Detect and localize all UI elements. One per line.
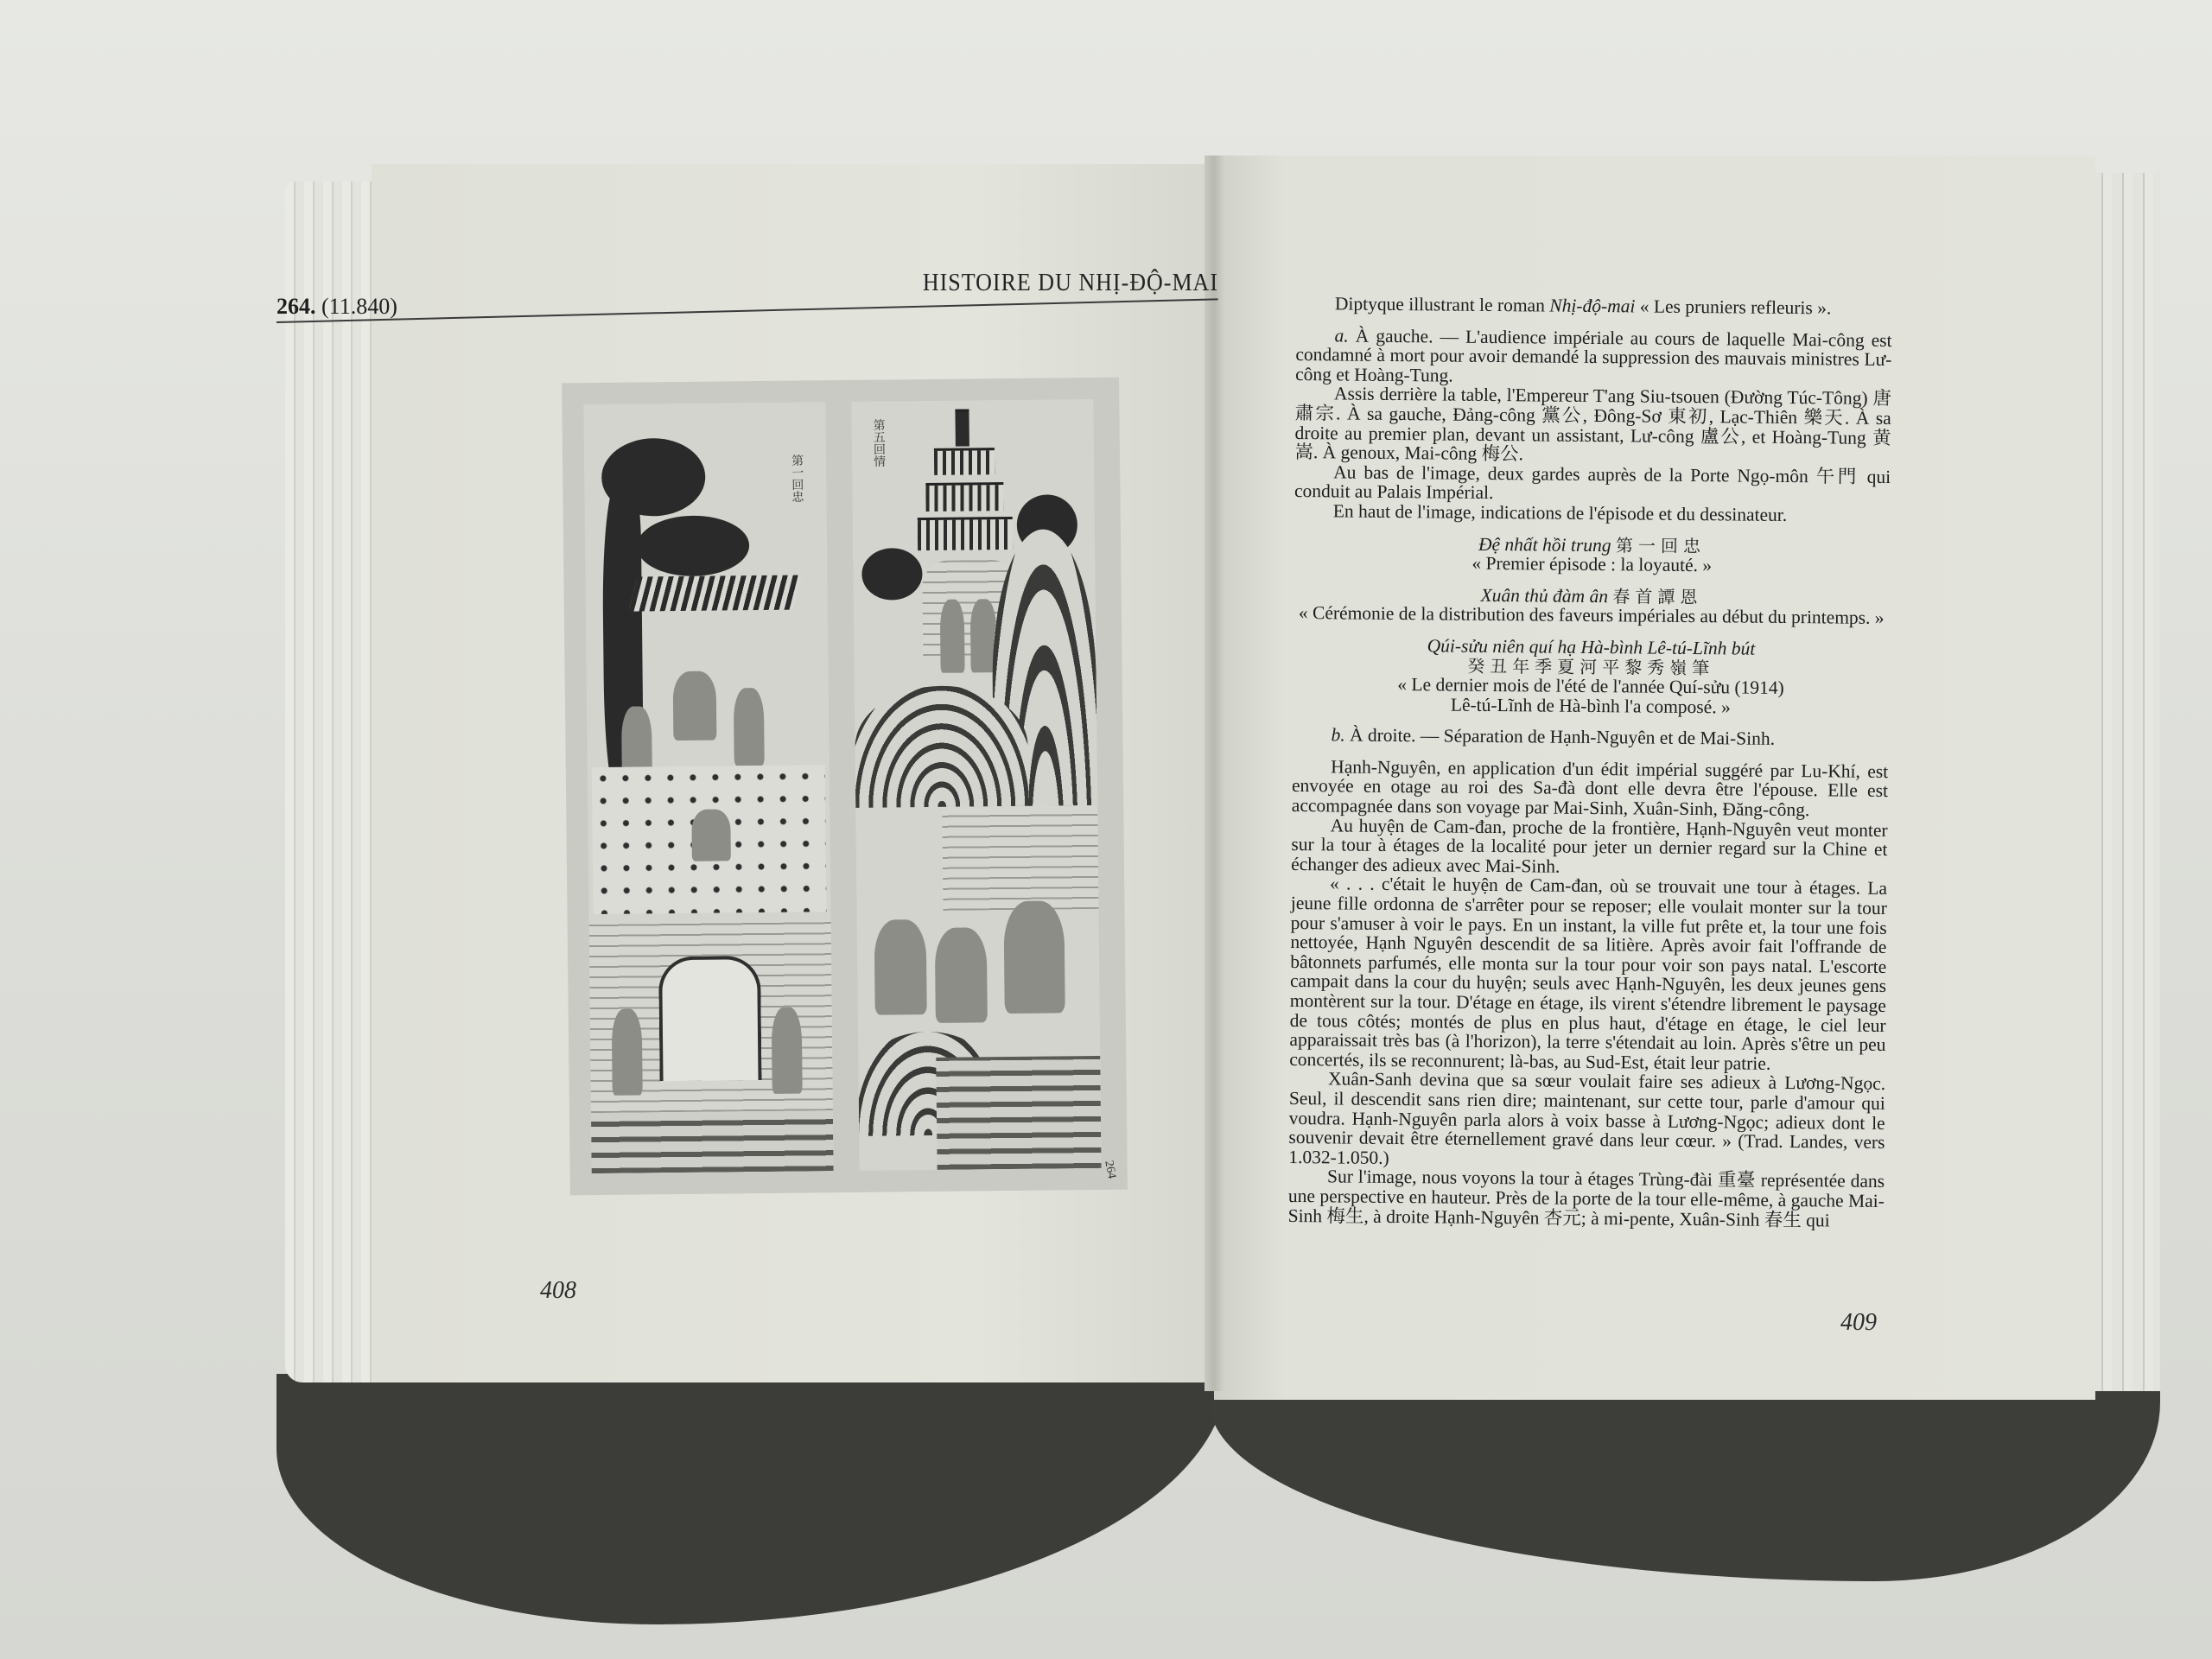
section-b-paragraph: Au huyện de Cam-đan, proche de la fronti…	[1291, 816, 1888, 880]
section-a-heading: a. À gauche. — L'audience impériale au c…	[1295, 326, 1892, 390]
emperor-figure	[673, 671, 717, 741]
pagoda-tier	[918, 517, 1013, 550]
pagoda-tier	[925, 482, 1003, 512]
catalog-number: (11.840)	[321, 294, 397, 319]
section-b-paragraph: Xuân-Sanh devina que sa sœur voulait fai…	[1288, 1069, 1885, 1172]
hills	[855, 685, 1028, 808]
palace-roof	[629, 575, 802, 612]
horseman-figure	[1003, 900, 1065, 1014]
ngo-mon-gate	[658, 956, 762, 1081]
page-number-right: 409	[1840, 1309, 1877, 1337]
plate-number: 264. (11.840)	[276, 294, 397, 320]
page-number-left: 408	[540, 1277, 576, 1305]
horseman-figure	[935, 927, 988, 1023]
horseman-figure	[874, 919, 927, 1015]
right-page-text: Diptyque illustrant le roman Nhị-độ-mai …	[1288, 294, 1892, 1230]
novel-title: Nhị-độ-mai	[1549, 296, 1635, 317]
section-b-label: b.	[1331, 725, 1344, 746]
section-b-paragraph: Sur l'image, nous voyons la tour à étage…	[1288, 1166, 1885, 1230]
section-a-label: a.	[1334, 325, 1348, 346]
illustration-panel-right: 第五回情	[851, 399, 1101, 1171]
section-b-heading-text: À droite. — Séparation de Hạnh-Nguyên et…	[1345, 725, 1776, 749]
tree	[861, 548, 923, 601]
running-title: HISTOIRE DU NHỊ-ĐỘ-MAI	[923, 269, 1218, 297]
intro-prefix: Diptyque illustrant le roman	[1335, 293, 1550, 315]
guard-figure	[612, 1008, 643, 1095]
section-b-paragraph: Hạnh-Nguyên, en application d'un édit im…	[1292, 757, 1889, 821]
section-a-paragraph: Assis derrière la table, l'Empereur T'an…	[1294, 384, 1891, 467]
section-a-heading-text: À gauche. — L'audience impériale au cour…	[1295, 325, 1892, 385]
official-figure	[734, 688, 765, 766]
diptych-illustration: 第一回忠 第五回情 264	[562, 378, 1128, 1196]
inscription-romanized: Đệ nhất hồi trung	[1478, 533, 1611, 555]
section-a-paragraph: Au bas de l'image, deux gardes auprès de…	[1294, 462, 1891, 506]
pine-foliage	[637, 515, 750, 576]
kneeling-figure	[691, 809, 731, 861]
inscription-chinese: 第一回忠	[1616, 535, 1706, 556]
intro-suffix: « Les pruniers refleuris ».	[1635, 296, 1831, 318]
inscription-chinese: 春首譚恩	[1612, 586, 1702, 607]
plate-mark: 264	[1101, 1160, 1118, 1180]
panel-caption: 第一回忠	[787, 454, 805, 502]
plate-number-bold: 264.	[276, 294, 316, 319]
stone-steps	[936, 1056, 1101, 1170]
book-gutter	[1205, 156, 1224, 1391]
section-b-quote: « . . . c'était le huyện de Cam-đan, où …	[1289, 874, 1887, 1074]
illustration-panel-left: 第一回忠	[583, 402, 833, 1173]
panel-caption: 第五回情	[869, 418, 887, 467]
palace-steps	[591, 1110, 834, 1173]
pagoda-tier	[934, 448, 995, 475]
inscription-romanized: Xuân thủ đàm ân	[1480, 585, 1608, 607]
book-shadow-left	[276, 1374, 1227, 1624]
mai-sinh-figure	[940, 600, 965, 673]
pagoda-spire	[955, 409, 969, 446]
fortress-wall	[942, 805, 1098, 911]
guard-figure	[772, 1007, 803, 1094]
page-edges-right	[2091, 173, 2160, 1391]
book-shadow-right	[1210, 1382, 2160, 1581]
